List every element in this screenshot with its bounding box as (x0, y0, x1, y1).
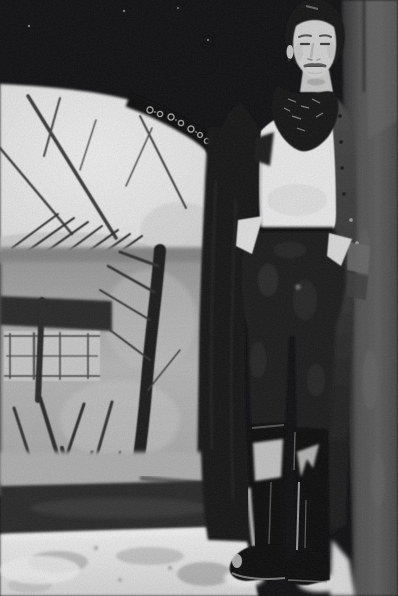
film-grain-light (0, 0, 398, 596)
photo-canvas (0, 0, 398, 596)
photograph (0, 0, 398, 596)
page (0, 0, 398, 596)
